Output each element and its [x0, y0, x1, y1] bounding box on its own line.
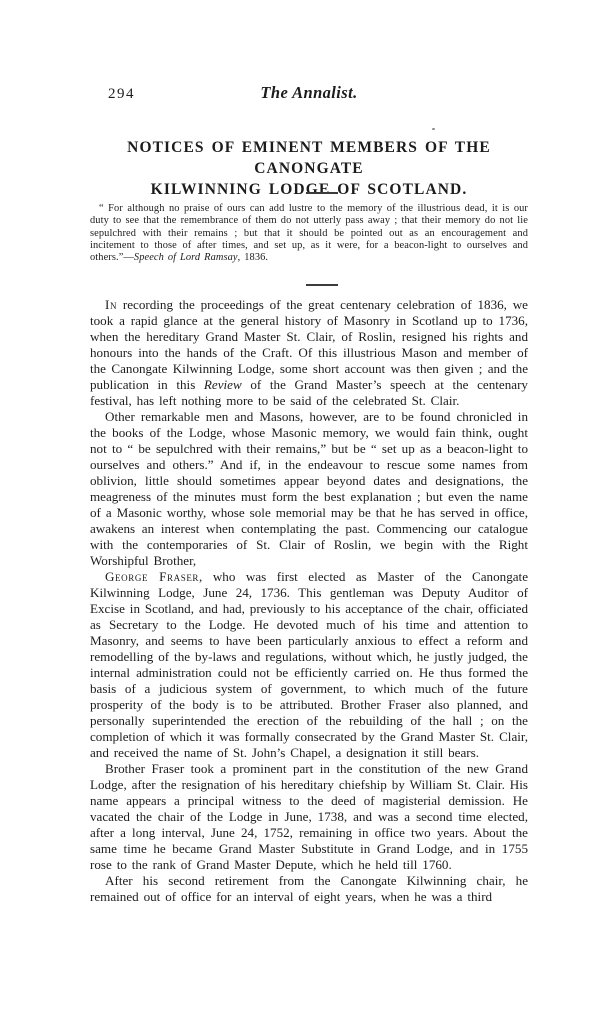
text-segment: , who was first elected as Master of the…: [90, 569, 528, 760]
text-segment: Speech of Lord Ramsay: [134, 252, 238, 263]
body-text: In recording the proceedings of the grea…: [90, 297, 528, 905]
divider-rule-middle: [306, 284, 338, 286]
body-paragraph: Brother Fraser took a prominent part in …: [90, 761, 528, 873]
text-segment: After his second retirement from the Can…: [90, 873, 528, 904]
body-paragraph: George Fraser, who was first elected as …: [90, 569, 528, 761]
ink-speck: [432, 128, 435, 130]
text-segment: , 1836.: [238, 252, 268, 263]
body-paragraph: After his second retirement from the Can…: [90, 873, 528, 905]
epigraph: “ For although no praise of ours can add…: [90, 203, 528, 264]
text-segment: Review: [204, 377, 242, 392]
running-title: The Annalist.: [90, 83, 528, 103]
text-segment: Other remarkable men and Masons, however…: [90, 409, 528, 568]
divider-rule-top: [306, 192, 338, 194]
article-title-line2: KILWINNING LODGE OF SCOTLAND.: [70, 179, 548, 200]
body-paragraph: Other remarkable men and Masons, however…: [90, 409, 528, 569]
text-segment: George Fraser: [105, 569, 199, 584]
article-title: NOTICES OF EMINENT MEMBERS OF THE CANONG…: [70, 137, 548, 200]
scanned-book-page: 294 The Annalist. NOTICES OF EMINENT MEM…: [0, 0, 606, 1028]
body-paragraph: In recording the proceedings of the grea…: [90, 297, 528, 409]
text-segment: Brother Fraser took a prominent part in …: [90, 761, 528, 872]
article-title-line1: NOTICES OF EMINENT MEMBERS OF THE CANONG…: [70, 137, 548, 179]
text-segment: In: [105, 297, 117, 312]
